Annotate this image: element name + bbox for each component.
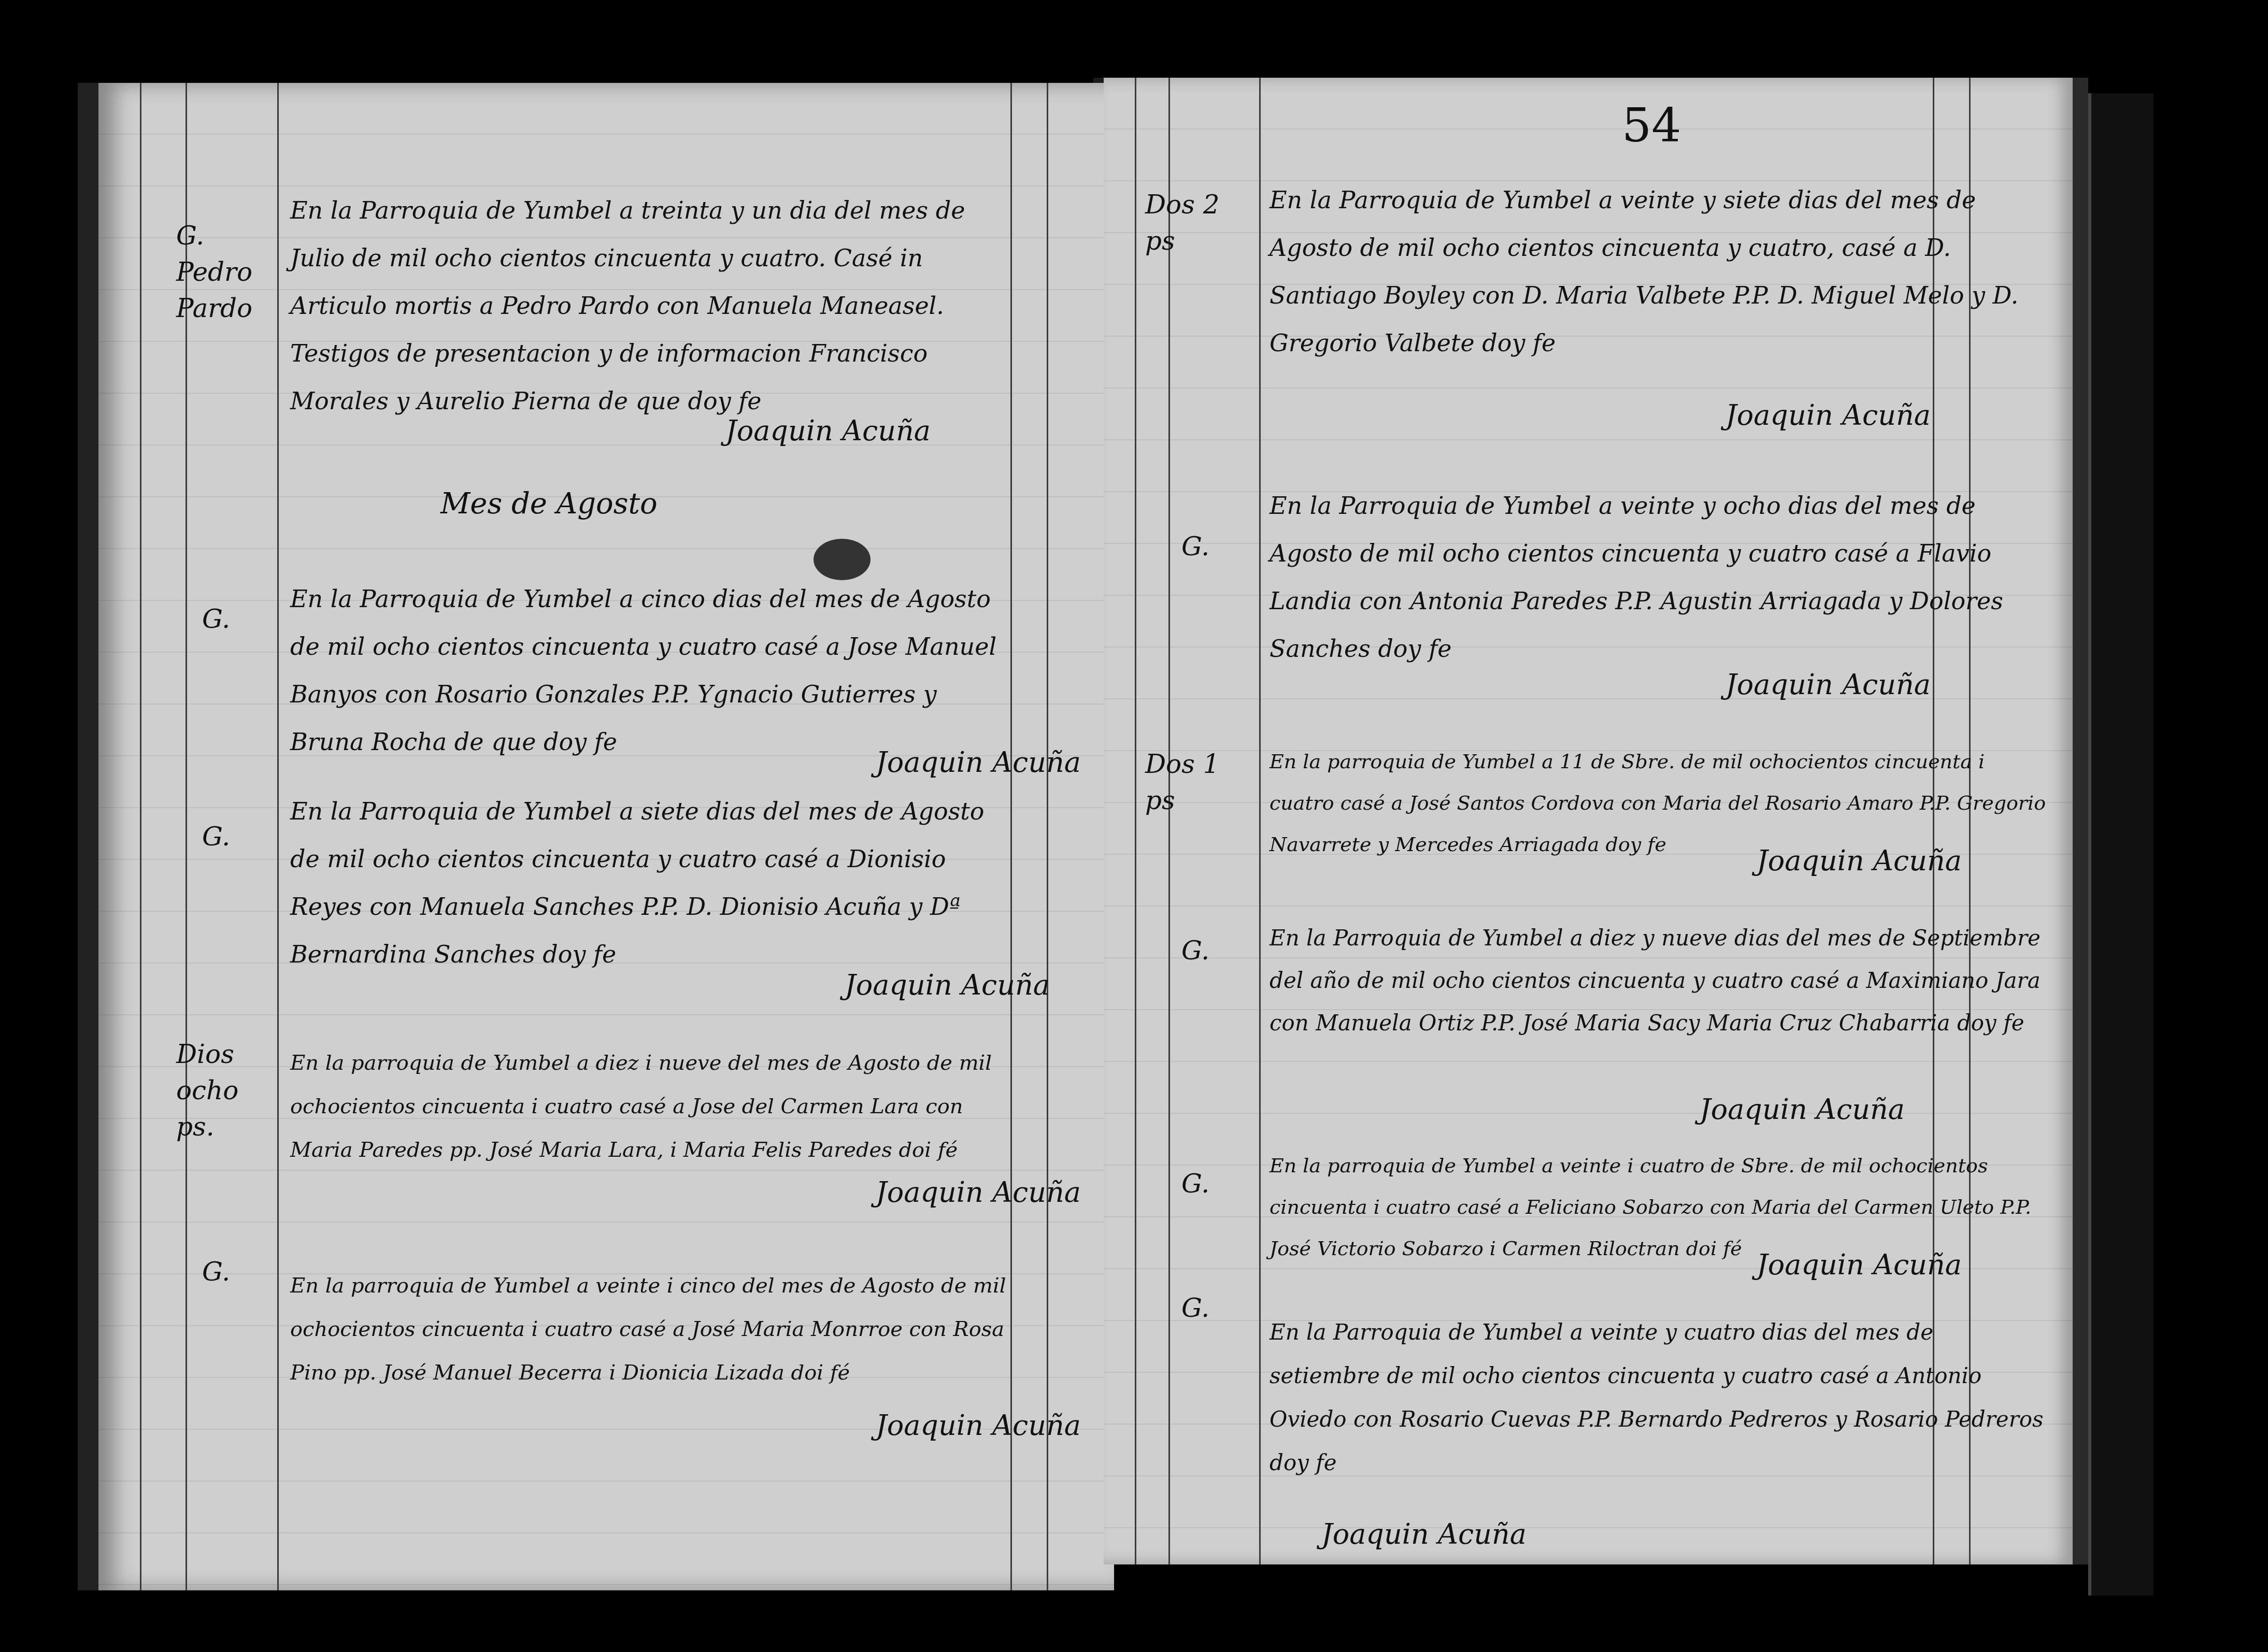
priest-signature: Joaquin Acuña [1700,1093,1905,1126]
entry-text: En la parroquia de Yumbel a diez i nueve… [290,1041,1010,1172]
priest-signature: Joaquin Acuña [725,414,931,447]
column-rule [1135,78,1136,1564]
column-rule [1010,83,1012,1590]
priest-signature: Joaquin Acuña [876,1409,1081,1442]
margin-note: G. [1181,1166,1209,1202]
register-entry: En la parroquia de Yumbel a veinte i cin… [290,1264,1010,1395]
month-heading: Mes de Agosto [440,487,658,521]
register-entry: En la Parroquia de Yumbel a veinte y sie… [1269,176,2047,367]
margin-note: G. [1181,528,1209,565]
margin-note: G. [1181,1290,1209,1326]
margin-note: Dos 1 ps [1145,746,1249,818]
entry-text: En la Parroquia de Yumbel a veinte y och… [1269,482,2047,672]
priest-signature: Joaquin Acuña [1757,844,1962,877]
left-page: G. Pedro Pardo En la Parroquia de Yumbel… [78,83,1114,1590]
column-rule [1047,83,1048,1590]
column-rule [1259,78,1261,1564]
ink-blot [814,539,871,580]
book-edge-right [2088,93,2153,1596]
right-page: 54 Dos 2 ps En la Parroquia de Yumbel a … [1104,78,2088,1564]
register-entry: En la Parroquia de Yumbel a veinte y cua… [1269,1311,2047,1485]
margin-note: G. Pedro Pardo [176,218,280,326]
entry-text: En la Parroquia de Yumbel a veinte y sie… [1269,176,2047,367]
priest-signature: Joaquin Acuña [876,746,1081,779]
margin-note: G. [202,1254,230,1290]
entry-text: En la parroquia de Yumbel a veinte i cin… [290,1264,1010,1395]
margin-note: Dos 2 ps [1145,186,1249,259]
priest-signature: Joaquin Acuña [876,1176,1081,1209]
entry-text: En la Parroquia de Yumbel a treinta y un… [290,186,1010,425]
margin-note: G. [202,601,230,637]
register-entry: En la Parroquia de Yumbel a diez y nueve… [1269,917,2047,1044]
priest-signature: Joaquin Acuña [1321,1518,1527,1550]
priest-signature: Joaquin Acuña [1725,399,1931,432]
entry-text: En la Parroquia de Yumbel a cinco dias d… [290,575,1010,766]
register-entry: En la Parroquia de Yumbel a treinta y un… [290,186,1010,425]
margin-note: G. [202,818,230,855]
entry-text: En la Parroquia de Yumbel a diez y nueve… [1269,917,2047,1044]
register-entry: En la Parroquia de Yumbel a cinco dias d… [290,575,1010,766]
priest-signature: Joaquin Acuña [1725,668,1931,701]
page-tab [10,1347,67,1466]
margin-note: G. [1181,932,1209,969]
register-entry: En la Parroquia de Yumbel a siete dias d… [290,787,1010,978]
page-number: 54 [1622,98,1681,153]
register-entry: En la Parroquia de Yumbel a veinte y och… [1269,482,2047,672]
register-entry: En la parroquia de Yumbel a diez i nueve… [290,1041,1010,1172]
priest-signature: Joaquin Acuña [845,969,1050,1001]
entry-text: En la Parroquia de Yumbel a veinte y cua… [1269,1311,2047,1485]
priest-signature: Joaquin Acuña [1757,1248,1962,1281]
margin-note: Dios ocho ps. [176,1036,280,1145]
column-rule [140,83,141,1590]
column-rule [1168,78,1170,1564]
entry-text: En la Parroquia de Yumbel a siete dias d… [290,787,1010,978]
